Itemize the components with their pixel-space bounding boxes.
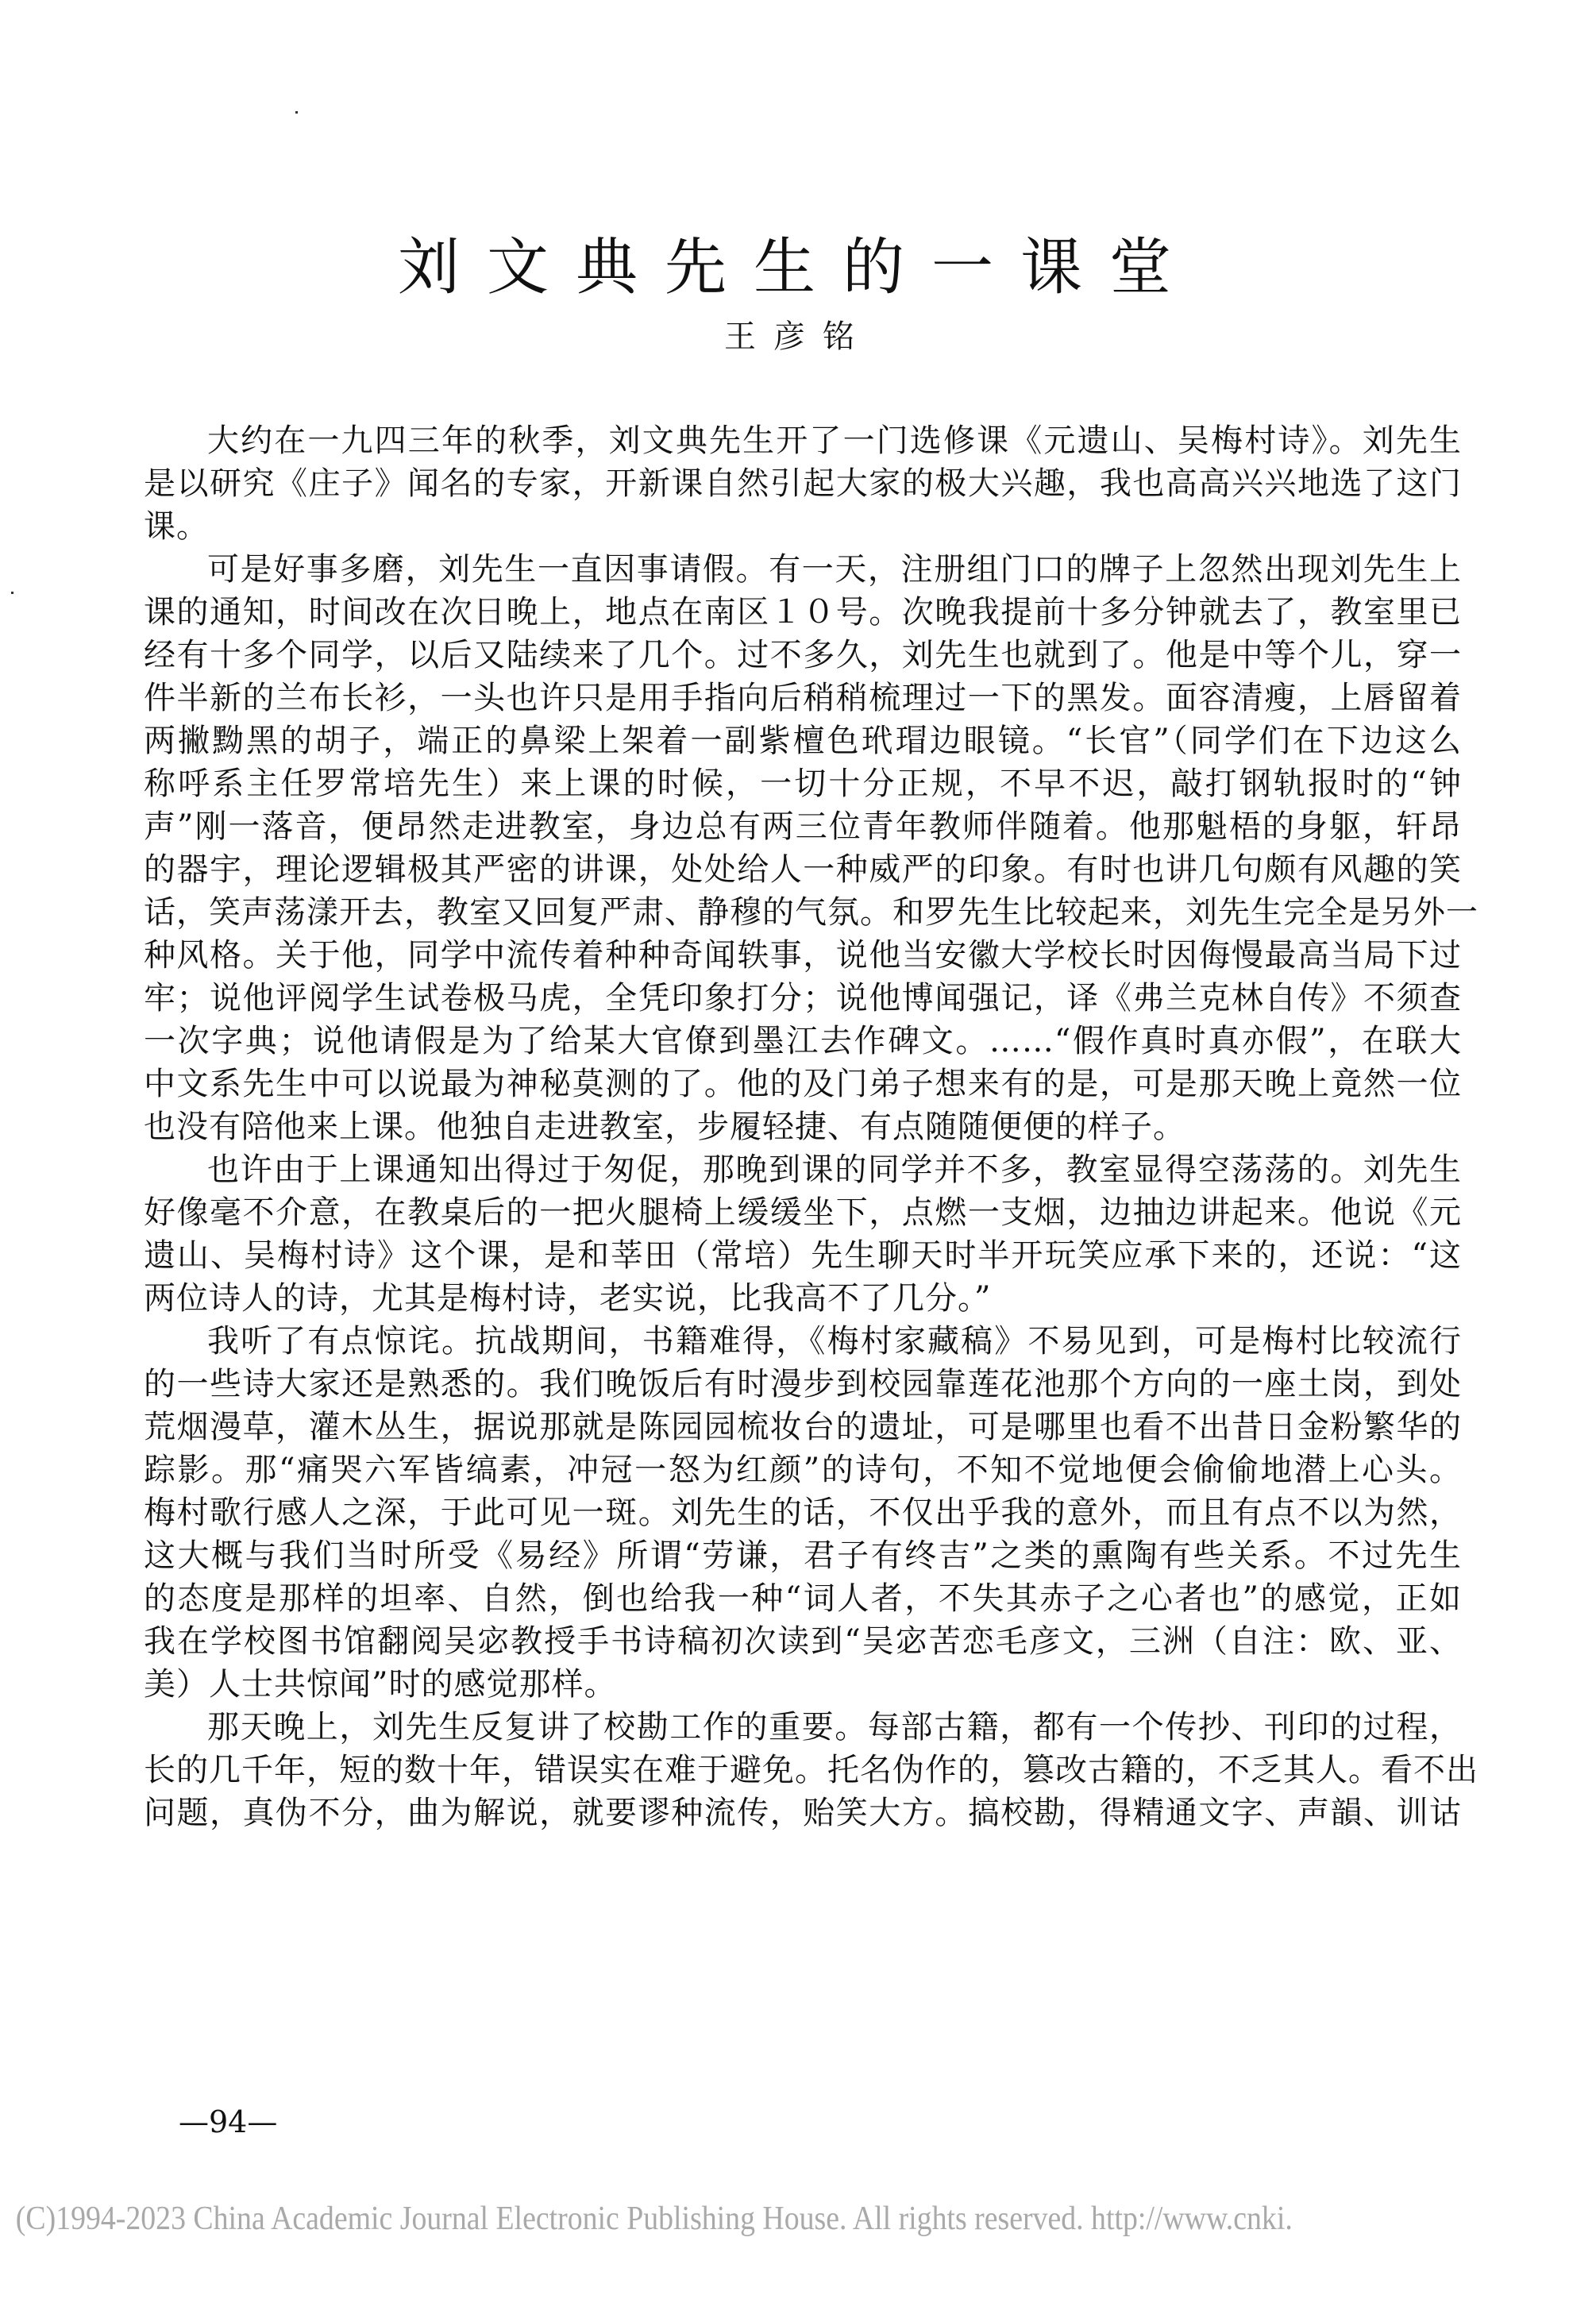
text-line: 课的通知，时间改在次日晚上，地点在南区１０号。次晚我提前十多分钟就去了，教室里已 [144,591,1462,634]
text-line: 牢；说他评阅学生试卷极马虎，全凭印象打分；说他博闻强记，译《弗兰克林自传》不须查 [144,977,1462,1020]
text-line: 踪影。那“痛哭六军皆缟素，冲冠一怒为红颜”的诗句，不知不觉地便会偷偷地潜上心头。 [144,1448,1462,1491]
copyright-footer: (C)1994-2023 China Academic Journal Elec… [0,2200,1452,2238]
page-number: —94— [179,2104,277,2139]
text-line: 一次字典；说他请假是为了给某大官僚到墨江去作碑文。……“假作真时真亦假”，在联大 [144,1020,1462,1063]
text-line: 这大概与我们当时所受《易经》所谓“劳谦，君子有终吉”之类的熏陶有些关系。不过先生 [144,1534,1462,1577]
text-line: 话，笑声荡漾开去，教室又回复严肃、静穆的气氛。和罗先生比较起来，刘先生完全是另外… [144,891,1462,934]
text-line: 声”刚一落音，便昂然走进教室，身边总有两三位青年教师伴随着。他那魁梧的身躯，轩昂 [144,805,1462,848]
text-line: 我在学校图书馆翻阅吴宓教授手书诗稿初次读到“吴宓苦恋毛彦文，三洲（自注：欧、亚、 [144,1620,1462,1663]
text-line: 梅村歌行感人之深，于此可见一斑。刘先生的话，不仅出乎我的意外，而且有点不以为然， [144,1491,1462,1534]
text-line: 遗山、吴梅村诗》这个课，是和莘田（常培）先生聊天时半开玩笑应承下来的，还说：“这 [144,1234,1462,1277]
text-line: 经有十多个同学，以后又陆续来了几个。过不多久，刘先生也就到了。他是中等个儿，穿一 [144,634,1462,677]
text-line: 中文系先生中可以说最为神秘莫测的了。他的及门弟子想来有的是，可是那天晚上竟然一位 [144,1063,1462,1105]
text-line: 的器宇，理论逻辑极其严密的讲课，处处给人一种威严的印象。有时也讲几句颇有风趣的笑 [144,848,1462,891]
text-line: 好像毫不介意，在教桌后的一把火腿椅上缓缓坐下，点燃一支烟，边抽边讲起来。他说《元 [144,1191,1462,1234]
text-line: 问题，真伪不分，曲为解说，就要谬种流传，贻笑大方。搞校勘，得精通文字、声韻、训诂 [144,1792,1462,1834]
text-line: 课。 [144,505,1462,548]
text-line: 也没有陪他来上课。他独自走进教室，步履轻捷、有点随随便便的样子。 [144,1105,1462,1148]
text-line: 两位诗人的诗，尤其是梅村诗，老实说，比我高不了几分。” [144,1277,1462,1320]
text-line: 是以研究《庄子》闻名的专家，开新课自然引起大家的极大兴趣，我也高高兴兴地选了这门 [144,462,1462,505]
article-author: 王彦铭 [0,311,1596,357]
text-line: 那天晚上，刘先生反复讲了校勘工作的重要。每部古籍，都有一个传抄、刊印的过程， [144,1706,1462,1749]
text-line: 也许由于上课通知出得过于匆促，那晚到课的同学并不多，教室显得空荡荡的。刘先生 [144,1148,1462,1191]
text-line: 美）人士共惊闻”时的感觉那样。 [144,1663,1462,1706]
text-line: 件半新的兰布长衫，一头也许只是用手指向后稍稍梳理过一下的黑发。面容清瘦，上唇留着 [144,677,1462,719]
text-line: 我听了有点惊诧。抗战期间，书籍难得，《梅村家藏稿》不易见到，可是梅村比较流行 [144,1320,1462,1363]
text-line: 荒烟漫草，灌木丛生，据说那就是陈园园梳妆台的遗址，可是哪里也看不出昔日金粉繁华的 [144,1406,1462,1448]
text-line: 两撇黝黑的胡子，端正的鼻梁上架着一副紫檀色玳瑁边眼镜。“长官”（同学们在下边这么 [144,719,1462,762]
text-line: 的态度是那样的坦率、自然，倒也给我一种“词人者，不失其赤子之心者也”的感觉，正如 [144,1577,1462,1620]
text-line: 长的几千年，短的数十年，错误实在难于避免。托名伪作的，篡改古籍的，不乏其人。看不… [144,1749,1462,1792]
text-line: 称呼系主任罗常培先生）来上课的时候，一切十分正规，不早不迟，敲打钢轨报时的“钟 [144,762,1462,805]
article-title: 刘文典先生的一课堂 [0,218,1596,307]
scan-speck [11,592,13,594]
scan-speck [295,111,298,114]
text-line: 可是好事多磨，刘先生一直因事请假。有一天，注册组门口的牌子上忽然出现刘先生上 [144,548,1462,591]
article-body: 大约在一九四三年的秋季，刘文典先生开了一门选修课《元遗山、吴梅村诗》。刘先生是以… [144,419,1462,1834]
text-line: 大约在一九四三年的秋季，刘文典先生开了一门选修课《元遗山、吴梅村诗》。刘先生 [144,419,1462,462]
text-line: 的一些诗大家还是熟悉的。我们晚饭后有时漫步到校园靠莲花池那个方向的一座土岗，到处 [144,1363,1462,1406]
text-line: 种风格。关于他，同学中流传着种种奇闻轶事，说他当安徽大学校长时因侮慢最高当局下过 [144,934,1462,977]
